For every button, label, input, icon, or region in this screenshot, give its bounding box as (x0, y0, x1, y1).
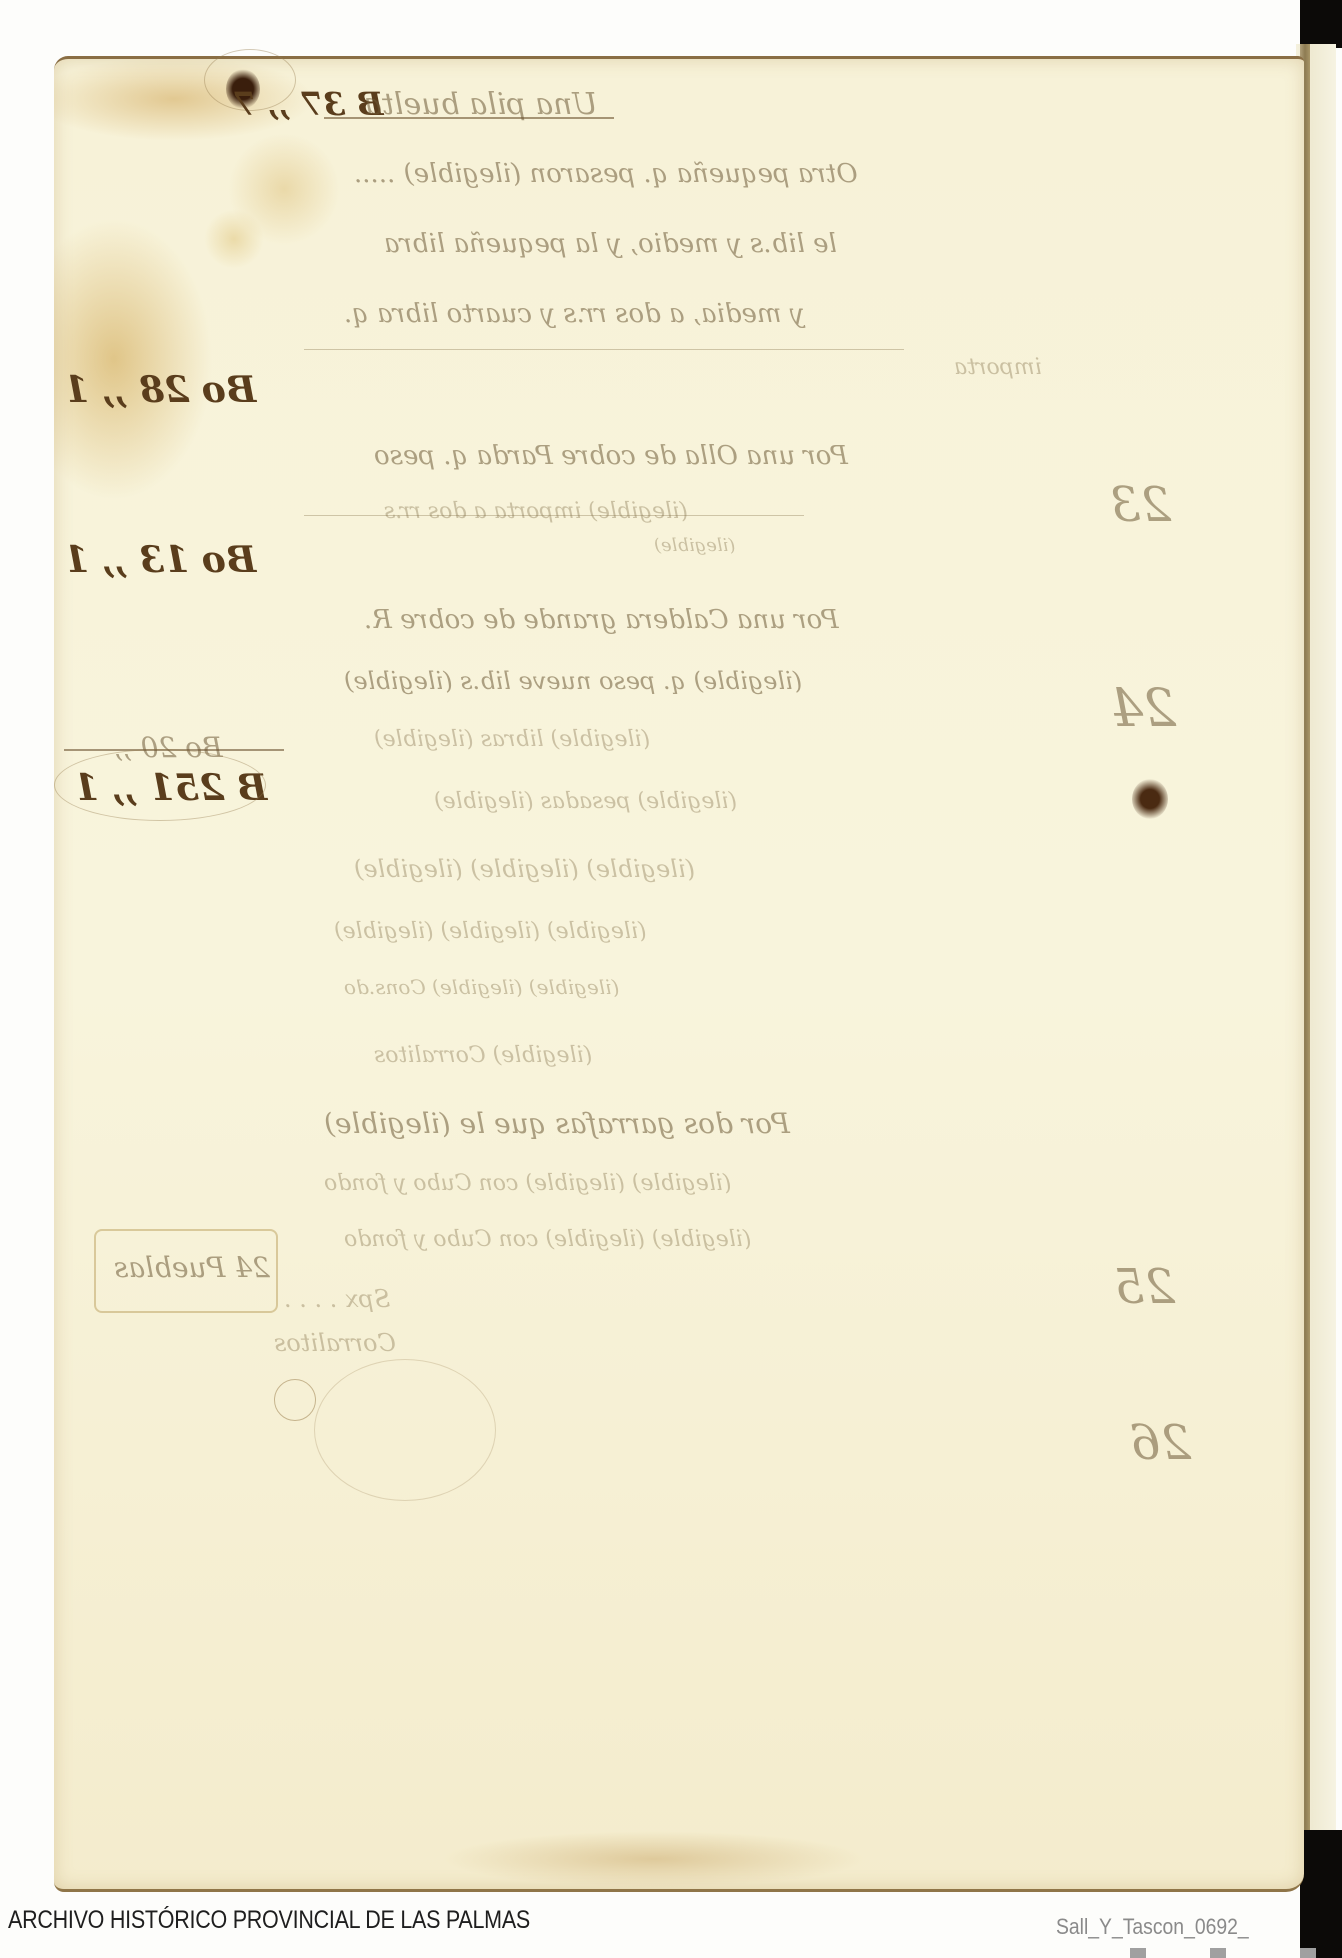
manuscript-line: (ilegible) Corralitos (374, 1043, 592, 1068)
manuscript-line: (ilegible) (ilegible) con Cubo y fondo (324, 1171, 731, 1196)
scan-area: B 37 ,, 7 Una pila buelta Bo 28 ,, 1 Bo … (0, 0, 1342, 1900)
boxed-note: 24 Pueblas (114, 1251, 270, 1284)
total-oval (54, 749, 266, 821)
water-stain (204, 209, 264, 269)
manuscript-line: (ilegible) pesadas (ilegible) (434, 789, 737, 814)
manuscript-line: (ilegible) libras (ilegible) (374, 727, 650, 752)
manuscript-line: le lib.s y medio, y la pequeña libra (384, 229, 837, 259)
item-number: 26 (1130, 1415, 1191, 1471)
manuscript-line: (ilegible) q. peso nueve lib.s (ilegible… (344, 667, 802, 695)
manuscript-line: Por una Caldera grande de cobre R. (364, 605, 839, 635)
margin-sum: Bo 13 ,, 1 (64, 539, 256, 581)
scan-mark (1130, 1948, 1146, 1958)
manuscript-line: (ilegible) (654, 535, 735, 556)
manuscript-sheet: B 37 ,, 7 Una pila buelta Bo 28 ,, 1 Bo … (54, 56, 1304, 1892)
line-filler (304, 515, 804, 516)
manuscript-line: (ilegible) (ilegible) con Cubo y fondo (344, 1227, 751, 1252)
signature-line: Spx . . . . (284, 1285, 390, 1313)
manuscript-line: (ilegible) importa a dos rr.s (384, 499, 688, 524)
item-number: 24 (1110, 679, 1176, 739)
manuscript-line: importa (954, 355, 1042, 380)
manuscript-line: (ilegible) (ilegible) (ilegible) (334, 919, 647, 944)
scan-mark (1300, 1948, 1316, 1958)
archive-name: ARCHIVO HISTÓRICO PROVINCIAL DE LAS PALM… (8, 1906, 530, 1935)
manuscript-line: (ilegible) (ilegible) (ilegible) (354, 855, 695, 883)
ink-blot (1132, 779, 1168, 819)
manuscript-line: (ilegible) (ilegible) Cons.do (344, 975, 619, 999)
signature-flourish (274, 1379, 316, 1421)
reference-code: Sall_Y_Tascon_0692_ (1056, 1914, 1249, 1940)
margin-sum: Bo 28 ,, 1 (64, 369, 256, 411)
item-number: 23 (1110, 477, 1171, 533)
manuscript-line: Por dos garrafas que le (ilegible) (324, 1107, 790, 1140)
scan-mark (1210, 1948, 1226, 1958)
manuscript-line: y media, a dos rr.s y cuarto libra q. (344, 299, 804, 329)
signature-flourish (314, 1359, 496, 1501)
manuscript-line: Por una Olla de cobre Parda q. peso (374, 441, 848, 471)
signature-line: Corralitos (274, 1329, 396, 1357)
scanner-background (1300, 0, 1342, 48)
manuscript-line: Otra pequeña q. pesaron (ilegible) ..... (354, 159, 858, 189)
scanner-background (1300, 1830, 1342, 1958)
heading-underline (324, 117, 614, 119)
item-number: 25 (1114, 1259, 1175, 1315)
line-filler (304, 349, 904, 350)
